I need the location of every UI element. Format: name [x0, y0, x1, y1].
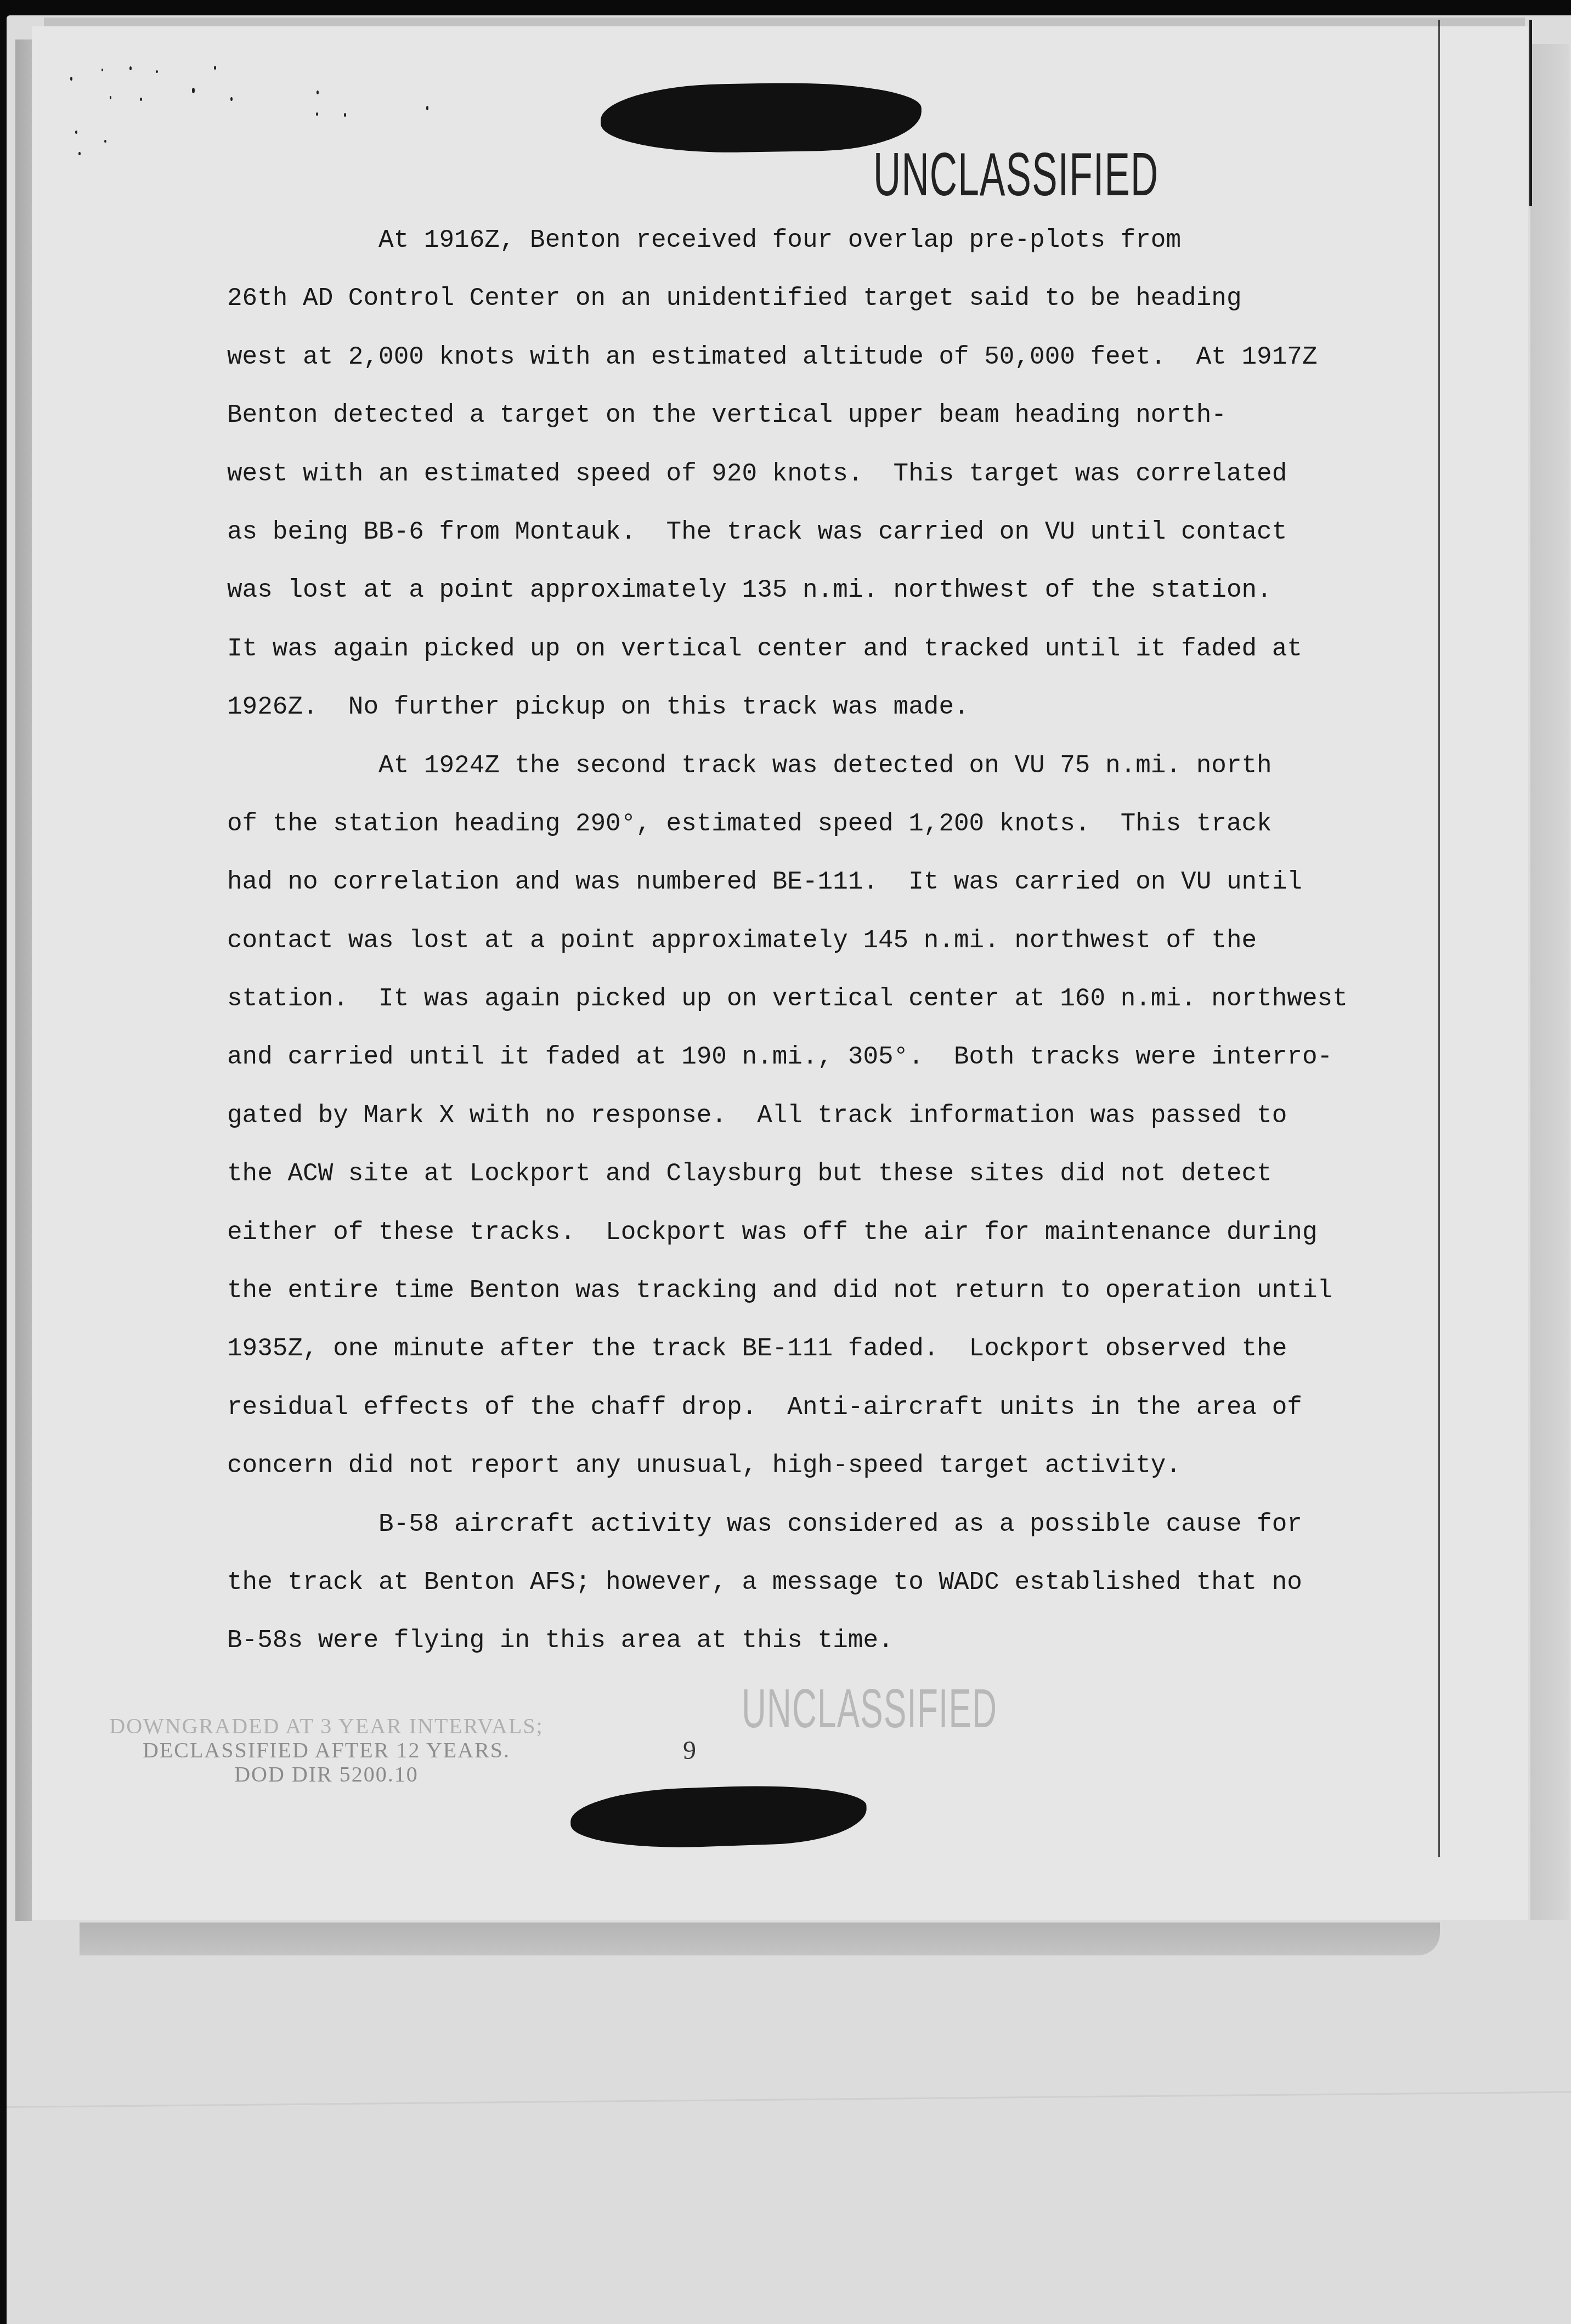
text-line: the ACW site at Lockport and Claysburg b… — [227, 1145, 1346, 1203]
page-right-shade — [1530, 44, 1569, 1920]
body-text: At 1916Z, Benton received four overlap p… — [227, 211, 1346, 1670]
text-line: was lost at a point approximately 135 n.… — [227, 561, 1346, 619]
page-number: 9 — [683, 1735, 696, 1766]
text-line: 1935Z, one minute after the track BE-111… — [227, 1320, 1346, 1378]
text-line: either of these tracks. Lockport was off… — [227, 1203, 1346, 1262]
text-line: B-58s were flying in this area at this t… — [227, 1611, 1346, 1670]
page-shadow — [80, 1922, 1440, 1955]
text-line: the track at Benton AFS; however, a mess… — [227, 1553, 1346, 1611]
text-line: as being BB-6 from Montauk. The track wa… — [227, 503, 1346, 561]
classification-stamp-top: UNCLASSIFIED — [873, 144, 1159, 205]
paragraph-3: B-58 aircraft activity was considered as… — [227, 1495, 1346, 1670]
text-line: At 1916Z, Benton received four overlap p… — [227, 211, 1346, 269]
classification-stamp-bottom: UNCLASSIFIED — [742, 1681, 997, 1736]
text-line: the entire time Benton was tracking and … — [227, 1262, 1346, 1320]
paragraph-2: At 1924Z the second track was detected o… — [227, 737, 1346, 1495]
film-top-band — [44, 18, 1525, 26]
text-line: and carried until it faded at 190 n.mi.,… — [227, 1028, 1346, 1086]
downgrade-line-2: DECLASSIFIED AFTER 12 YEARS. — [52, 1738, 601, 1762]
downgrade-line-1: DOWNGRADED AT 3 YEAR INTERVALS; — [52, 1714, 601, 1738]
downgrade-line-3: DOD DIR 5200.10 — [52, 1762, 601, 1786]
text-line: west with an estimated speed of 920 knot… — [227, 445, 1346, 503]
text-line: of the station heading 290°, estimated s… — [227, 795, 1346, 853]
text-line: had no correlation and was numbered BE-1… — [227, 853, 1346, 911]
text-line: B-58 aircraft activity was considered as… — [227, 1495, 1346, 1553]
downgrade-stamp: DOWNGRADED AT 3 YEAR INTERVALS; DECLASSI… — [52, 1714, 601, 1786]
text-line: It was again picked up on vertical cente… — [227, 620, 1346, 678]
paragraph-1: At 1916Z, Benton received four overlap p… — [227, 211, 1346, 737]
text-line: residual effects of the chaff drop. Anti… — [227, 1378, 1346, 1437]
film-left-band — [15, 39, 32, 1921]
edge-rule-line — [1529, 20, 1532, 206]
text-line: 26th AD Control Center on an unidentifie… — [227, 269, 1346, 327]
text-line: contact was lost at a point approximatel… — [227, 912, 1346, 970]
text-line: At 1924Z the second track was detected o… — [227, 737, 1346, 795]
text-line: gated by Mark X with no response. All tr… — [227, 1087, 1346, 1145]
text-line: station. It was again picked up on verti… — [227, 970, 1346, 1028]
margin-rule-line — [1438, 20, 1440, 1857]
text-line: concern did not report any unusual, high… — [227, 1437, 1346, 1495]
text-line: 1926Z. No further pickup on this track w… — [227, 678, 1346, 736]
text-line: west at 2,000 knots with an estimated al… — [227, 328, 1346, 386]
text-line: Benton detected a target on the vertical… — [227, 386, 1346, 444]
